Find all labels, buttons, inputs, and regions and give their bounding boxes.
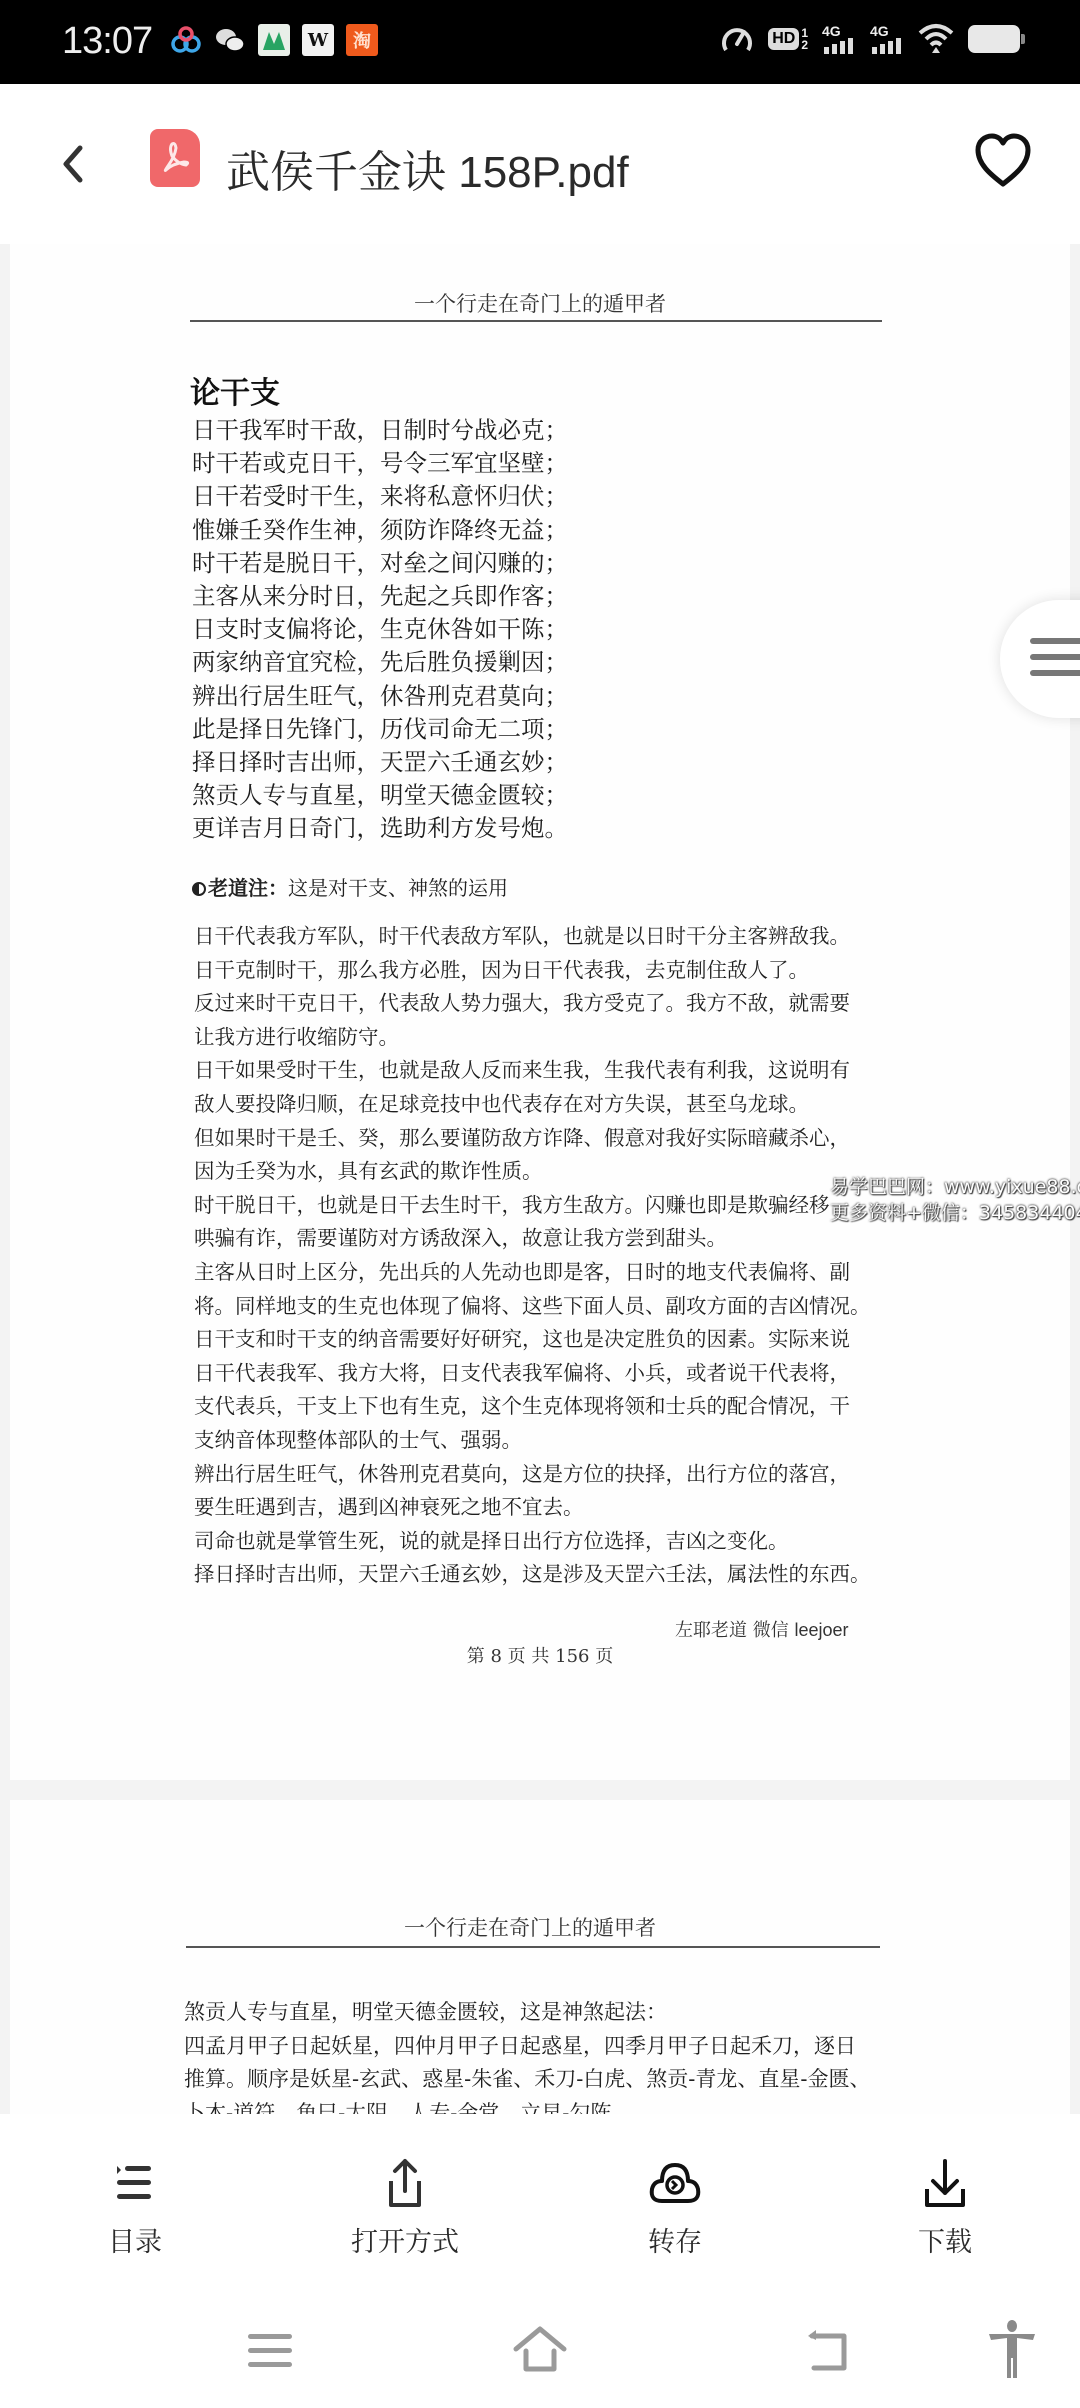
pdf-file-icon: [150, 129, 200, 187]
commentary-line: 主客从日时上区分，先出兵的人先动也即是客，日时的地支代表偏将、副: [194, 1256, 894, 1290]
open-with-button[interactable]: 打开方式: [270, 2114, 540, 2284]
status-indicators: HD 12 4G 4G: [720, 22, 1020, 56]
bottom-toolbar: 目录 打开方式 转存 下载: [0, 2114, 1080, 2284]
nav-home-button[interactable]: [510, 2320, 570, 2380]
document-title: 武侯千金诀 158P.pdf: [226, 136, 629, 200]
taobao-icon: 淘: [346, 24, 378, 56]
verse-line: 两家纳音宜究检，先后胜负援剿因；: [192, 646, 568, 679]
body-line: 卜木-道符、角巳-太阴、人专-金堂、立早-勾陈。: [184, 2097, 870, 2115]
body-line: 四孟月甲子日起妖星，四仲月甲子日起惑星，四季月甲子日起禾刀，逐日: [184, 2030, 870, 2064]
app-header: 武侯千金诀 158P.pdf: [0, 84, 1080, 244]
commentary-line: 让我方进行收缩防守。: [194, 1021, 894, 1055]
commentary-line: 哄骗有诈，需要谨防对方诱敌深入，故意让我方尝到甜头。: [194, 1222, 894, 1256]
verse-line: 煞贡人专与直星，明堂天德金匮较；: [192, 779, 568, 812]
download-label: 下载: [918, 2220, 972, 2259]
commentary-line: 将。同样地支的生克也体现了偏将、这些下面人员、副攻方面的吉凶情况。: [194, 1290, 894, 1324]
speed-meter-icon: [720, 22, 754, 56]
verse-line: 惟嫌壬癸作生神，须防诈降终无益；: [192, 514, 568, 547]
pdf-viewer[interactable]: 一个行走在奇门上的遁甲者 论干支 日干我军时干敌，日制时兮战必克； 时干若或克日…: [0, 244, 1080, 2114]
favorite-button[interactable]: [972, 130, 1034, 192]
commentary-line: 反过来时干克日干，代表敌人势力强大，我方受克了。我方不敌，就需要: [194, 987, 894, 1021]
wechat-icon: [214, 24, 246, 56]
commentary-line: 日干代表我军、我方大将，日支代表我军偏将、小兵，或者说干代表将，: [194, 1357, 894, 1391]
note-text: 这是对干支、神煞的运用: [288, 876, 508, 900]
download-button[interactable]: 下载: [810, 2114, 1080, 2284]
accessibility-icon: [987, 2320, 1037, 2380]
verse-line: 日干我军时干敌，日制时兮战必克；: [192, 414, 568, 447]
body-line: 煞贡人专与直星，明堂天德金匮较，这是神煞起法：: [184, 1996, 870, 2030]
signal-1-icon: 4G: [822, 24, 856, 54]
commentary-line: 日干如果受时干生，也就是敌人反而来生我，生我代表有利我，这说明有: [194, 1054, 894, 1088]
pdf-page-8: 一个行走在奇门上的遁甲者 论干支 日干我军时干敌，日制时兮战必克； 时干若或克日…: [10, 244, 1070, 1780]
author-signature: 左耶老道 微信 leejoer: [675, 1616, 849, 1642]
commentary-line: 日干支和时干支的纳音需要好好研究，这也是决定胜负的因素。实际来说: [194, 1323, 894, 1357]
yin-yang-icon: [192, 882, 206, 896]
commentary-line: 但如果时干是壬、癸，那么要谨防敌方诈降、假意对我好实际暗藏杀心，: [194, 1122, 894, 1156]
running-head: 一个行走在奇门上的遁甲者: [180, 1912, 880, 1942]
body-line: 推算。顺序是妖星-玄武、惑星-朱雀、禾刀-白虎、煞贡-青龙、直星-金匮、: [184, 2063, 870, 2097]
open-with-label: 打开方式: [351, 2220, 459, 2259]
baidu-netdisk-icon: [170, 24, 202, 56]
home-icon: [510, 2325, 570, 2375]
commentary-line: 日干代表我方军队，时干代表敌方军队，也就是以日时干分主客辨敌我。: [194, 920, 894, 954]
section-title: 论干支: [190, 368, 280, 412]
pdf-page-9: 一个行走在奇门上的遁甲者 煞贡人专与直星，明堂天德金匮较，这是神煞起法： 四孟月…: [10, 1800, 1070, 2114]
toc-icon: [105, 2154, 165, 2214]
page-footer: 第 8 页 共 156 页: [210, 1642, 870, 1668]
cloud-save-icon: [645, 2154, 705, 2214]
return-icon: [800, 2326, 850, 2374]
commentary-line: 择日择时吉出师，天罡六壬通玄妙，这是涉及天罡六壬法，属法性的东西。: [194, 1558, 894, 1592]
menu-icon: [246, 2330, 294, 2370]
verse-line: 日支时支偏将论，生克休咎如干陈；: [192, 613, 568, 646]
commentary-line: 司命也就是掌管生死，说的就是择日出行方位选择，吉凶之变化。: [194, 1525, 894, 1559]
watermark-overlay: 易学巴巴网：www.yixue88.cn 更多资料+微信：3458344044: [830, 1174, 1080, 1226]
status-time: 13:07: [62, 20, 152, 63]
notification-icons: W 淘: [170, 24, 378, 56]
save-to-cloud-label: 转存: [648, 2220, 702, 2259]
status-bar: 13:07 W 淘 HD 12 4G 4G: [0, 0, 1080, 84]
commentary-line: 要生旺遇到吉，遇到凶神衰死之地不宜去。: [194, 1491, 894, 1525]
verse-block: 日干我军时干敌，日制时兮战必克； 时干若或克日干，号令三军宜坚壁； 日干若受时干…: [192, 414, 568, 846]
heart-icon: [972, 130, 1034, 192]
system-nav-bar: [0, 2284, 1080, 2408]
annotation-line: 老道注：这是对干支、神煞的运用: [192, 872, 508, 901]
commentary-line: 支代表兵，干支上下也有生克，这个生克体现将领和士兵的配合情况，干: [194, 1390, 894, 1424]
toc-button[interactable]: 目录: [0, 2114, 270, 2284]
menu-icon: [1030, 638, 1080, 686]
running-head: 一个行走在奇门上的遁甲者: [190, 288, 890, 318]
verse-line: 更详吉月日奇门，选助利方发号炮。: [192, 812, 568, 845]
verse-line: 主客从来分时日，先起之兵即作客；: [192, 580, 568, 613]
commentary-line: 时干脱日干，也就是日干去生时干，我方生敌方。闪赚也即是欺骗经移: [194, 1189, 894, 1223]
commentary-line: 日干克制时干，那么我方必胜，因为日干代表我，去克制住敌人了。: [194, 954, 894, 988]
verse-line: 择日择时吉出师，天罡六壬通玄妙；: [192, 746, 568, 779]
commentary-line: 支纳音体现整体部队的士气、强弱。: [194, 1424, 894, 1458]
accessibility-button[interactable]: [982, 2320, 1042, 2380]
save-to-cloud-button[interactable]: 转存: [540, 2114, 810, 2284]
hd-icon: HD 12: [768, 27, 808, 51]
verse-line: 日干若受时干生，来将私意怀归伏；: [192, 480, 568, 513]
back-button[interactable]: [50, 134, 100, 194]
page-body: 煞贡人专与直星，明堂天德金匮较，这是神煞起法： 四孟月甲子日起妖星，四仲月甲子日…: [184, 1996, 870, 2114]
chevron-left-icon: [50, 134, 100, 194]
commentary-line: 敌人要投降归顺，在足球竞技中也代表存在对方失误，甚至乌龙球。: [194, 1088, 894, 1122]
share-icon: [375, 2154, 435, 2214]
nav-menu-button[interactable]: [240, 2320, 300, 2380]
header-rule: [190, 320, 882, 322]
commentary-line: 因为壬癸为水，具有玄武的欺诈性质。: [194, 1155, 894, 1189]
wifi-icon: [918, 23, 954, 55]
verse-line: 辨出行居生旺气，休咎刑克君莫向；: [192, 680, 568, 713]
wps-icon: W: [302, 24, 334, 56]
battery-icon: [968, 25, 1020, 53]
commentary-line: 辨出行居生旺气，休咎刑克君莫向，这是方位的抉择，出行方位的落宫，: [194, 1458, 894, 1492]
verse-line: 时干若或克日干，号令三军宜坚壁；: [192, 447, 568, 480]
note-label: 老道注：: [208, 876, 288, 900]
maps-icon: [258, 24, 290, 56]
nav-back-button[interactable]: [795, 2320, 855, 2380]
commentary-block: 日干代表我方军队，时干代表敌方军队，也就是以日时干分主客辨敌我。 日干克制时干，…: [194, 920, 894, 1592]
header-rule: [186, 1946, 880, 1948]
verse-line: 时干若是脱日干，对垒之间闪赚的；: [192, 547, 568, 580]
signal-2-icon: 4G: [870, 24, 904, 54]
download-icon: [915, 2154, 975, 2214]
verse-line: 此是择日先锋门，历伐司命无二项；: [192, 713, 568, 746]
toc-label: 目录: [108, 2220, 162, 2259]
